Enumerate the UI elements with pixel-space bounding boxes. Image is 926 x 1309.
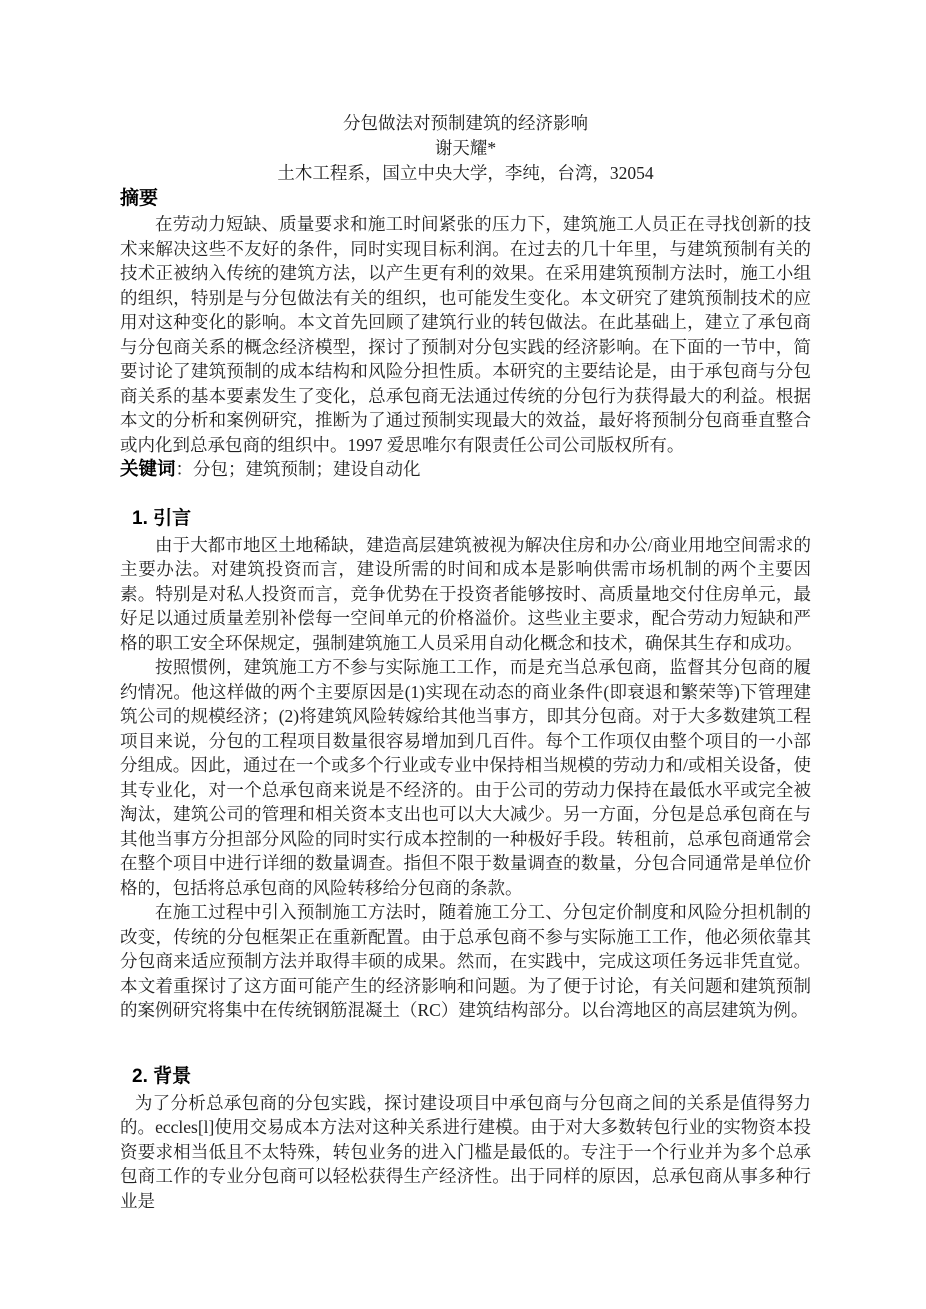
section-background: 2. 背景 为了分析总承包商的分包实践，探讨建设项目中承包商与分包商之间的关系是… — [120, 1064, 811, 1214]
document-content: 分包做法对预制建筑的经济影响 谢天耀* 土木工程系，国立中央大学，李纯，台湾，3… — [120, 111, 811, 1213]
section-2-paragraph-1: 为了分析总承包商的分包实践，探讨建设项目中承包商与分包商之间的关系是值得努力的。… — [120, 1091, 811, 1214]
section-introduction: 1. 引言 由于大都市地区土地稀缺，建造高层建筑被视为解决住房和办公/商业用地空… — [120, 506, 811, 1023]
abstract-heading: 摘要 — [120, 186, 811, 212]
abstract-paragraph: 在劳动力短缺、质量要求和施工时间紧张的压力下，建筑施工人员正在寻找创新的技术来解… — [120, 212, 811, 457]
keywords-text: ：分包；建筑预制；建设自动化 — [176, 459, 421, 479]
section-1-paragraph-1: 由于大都市地区土地稀缺，建造高层建筑被视为解决住房和办公/商业用地空间需求的主要… — [120, 533, 811, 656]
section-1-paragraph-2: 按照惯例，建筑施工方不参与实际施工工作，而是充当总承包商，监督其分包商的履约情况… — [120, 655, 811, 900]
keywords-label: 关键词 — [120, 458, 176, 479]
author-name: 谢天耀* — [120, 136, 811, 161]
section-1-heading: 1. 引言 — [120, 506, 811, 532]
title-block: 分包做法对预制建筑的经济影响 谢天耀* 土木工程系，国立中央大学，李纯，台湾，3… — [120, 111, 811, 186]
section-1-paragraph-3: 在施工过程中引入预制施工方法时，随着施工分工、分包定价制度和风险分担机制的改变，… — [120, 900, 811, 1023]
page-title: 分包做法对预制建筑的经济影响 — [120, 111, 811, 136]
document-page: 分包做法对预制建筑的经济影响 谢天耀* 土木工程系，国立中央大学，李纯，台湾，3… — [0, 0, 926, 1309]
section-2-heading: 2. 背景 — [120, 1064, 811, 1090]
author-affiliation: 土木工程系，国立中央大学，李纯，台湾，32054 — [120, 161, 811, 186]
keywords-line: 关键词：分包；建筑预制；建设自动化 — [120, 457, 811, 482]
